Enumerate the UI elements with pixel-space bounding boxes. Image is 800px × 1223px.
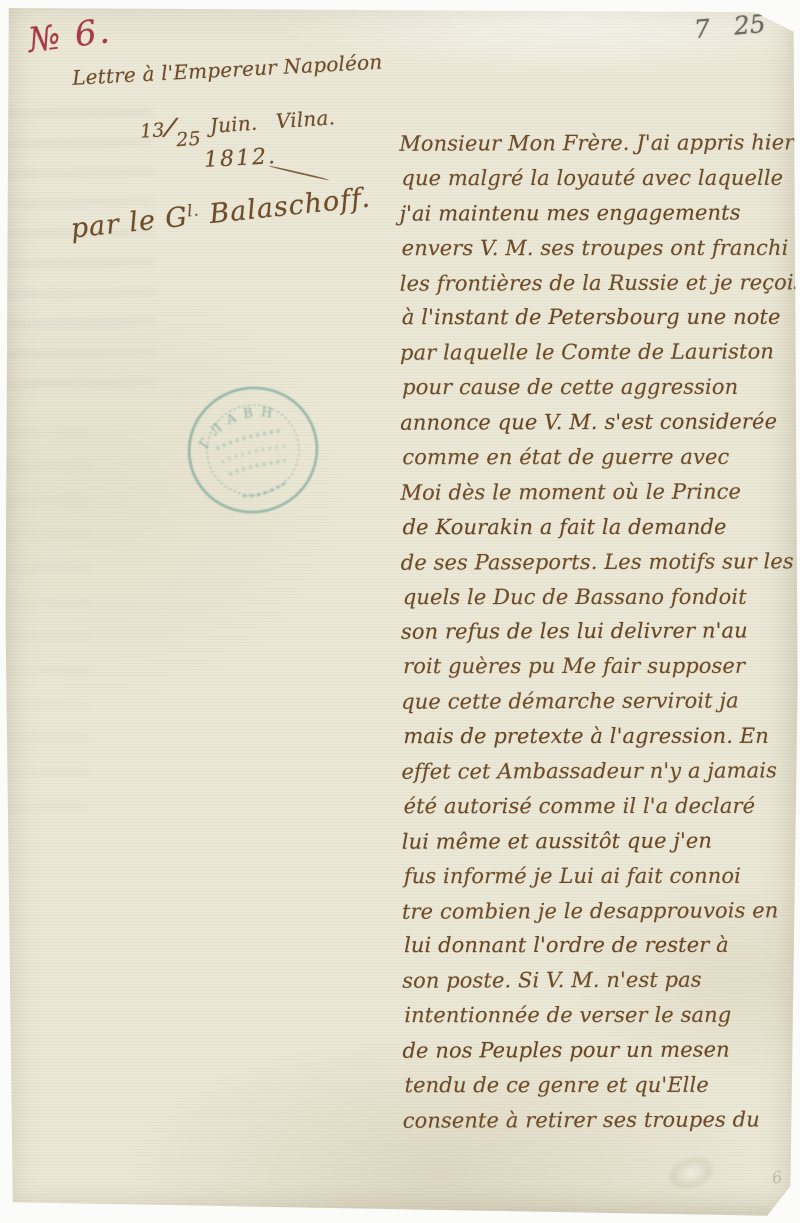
letter-heading-title: Lettre à l'Empereur Napoléon [72,50,373,90]
date-denominator: 25 [176,128,202,152]
folio-pencil-mark: 7 25 [693,9,767,44]
letter-heading-year: 1812. [203,144,277,173]
manuscript-line: envers V. M. ses troupes ont franchi [402,230,798,265]
manuscript-line: lui donnant l'ordre de rester à [404,928,800,963]
manuscript-line: été autorisé comme il l'a declaré [404,789,800,824]
manuscript-line: tre combien je le desapprouvois en [402,893,798,929]
manuscript-line: fus informé je Lui ai fait connoi [404,859,800,894]
manuscript-line: que malgré la loyauté avec laquelle [401,161,797,196]
manuscript-line: effet cet Ambassadeur n'y a jamais [401,753,797,789]
date-place: Juin. Vilna. [209,105,336,138]
manuscript-line: Monsieur Mon Frère. J'ai appris hier [399,125,795,161]
manuscript-scan: { "page": { "archival_number": "№ 6.", "… [0,0,800,1223]
letter-sheet: № 6. 7 25 Lettre à l'Empereur Napoléon 1… [0,0,800,1223]
manuscript-line: j'ai maintenu mes engagements [399,195,795,231]
manuscript-line: annonce que V. M. s'est considerée [400,404,796,440]
manuscript-line: son refus de les lui delivrer n'au [401,614,797,650]
manuscript-line: tendu de ce genre et qu'Elle [405,1068,800,1103]
manuscript-line: les frontières de la Russie et je reçois [400,265,796,301]
manuscript-line: Moi dès le moment où le Prince [400,474,796,510]
manuscript-line: à l'instant de Petersbourg une note [402,300,798,335]
corner-pencil-mark: 6 [770,1167,783,1187]
verso-bleed-through [0,430,90,810]
manuscript-line: intentionnée de verser le sang [404,998,800,1033]
year-flourish-stroke [269,165,330,181]
manuscript-line: de ses Passeports. Les motifs sur les [401,544,797,580]
manuscript-line: de nos Peuples pour un mesen [402,1032,798,1068]
manuscript-line: roit guères pu Me fair supposer [403,649,799,684]
archival-stamp-icon: ГЛАВН [165,364,341,535]
archival-number: № 6. [26,11,114,61]
manuscript-line: de Kourakin a fait la demande [403,510,799,545]
svg-text:ГЛАВН: ГЛАВН [191,398,287,454]
manuscript-line: que cette démarche serviroit ja [401,684,797,720]
manuscript-line: son poste. Si V. M. n'est pas [402,963,798,999]
stamp-text-fragment: ГЛАВН [191,398,287,454]
date-slash: / [163,112,177,143]
manuscript-line: consente à retirer ses troupes du [403,1102,799,1138]
manuscript-line: quels le Duc de Bassano fondoit [403,579,799,614]
verso-bleed-through [1,109,156,402]
attribution-name: Balaschoff. [198,182,372,231]
letter-body: Monsieur Mon Frère. J'ai appris hierque … [399,125,799,1138]
blind-emboss-mark [664,1152,717,1195]
manuscript-line: mais de pretexte à l'agression. En [403,719,799,754]
date-numerator: 13 [139,119,165,143]
manuscript-line: lui même et aussitôt que j'en [402,823,798,859]
manuscript-line: comme en état de guerre avec [402,440,798,475]
manuscript-line: pour cause de cette aggression [402,370,798,405]
manuscript-line: par laquelle le Comte de Lauriston [400,335,796,371]
